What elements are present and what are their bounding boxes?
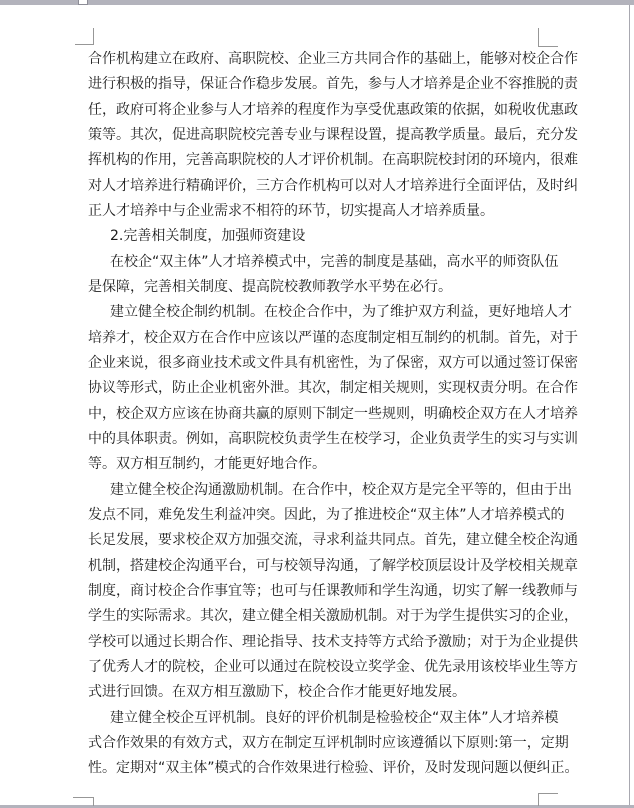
text-line: 学生的实际需求。其次，建立健全相关激励机制。对于为学生提供实习的企业， xyxy=(88,604,580,629)
text-line: 协议等形式，防止企业机密外泄。其次，制定相关规则，实现权责分明。在合作 xyxy=(88,376,580,401)
text-line: 任，政府可将企业参与人才培养的程度作为享受优惠政策的依据，如税收优惠政 xyxy=(88,98,580,123)
text-line: 正人才培养中与企业需求不相符的环节，切实提高人才培养质量。 xyxy=(88,199,580,224)
text-line: 企业来说，很多商业技术或文件具有机密性，为了保密，双方可以通过签订保密 xyxy=(88,351,580,376)
document-page: 合作机构建立在政府、高职院校、企业三方共同合作的基础上，能够对校企合作进行积极的… xyxy=(0,0,634,808)
crop-mark-top-right xyxy=(538,28,539,47)
text-line: 性。定期对“双主体”模式的合作效果进行检验、评价，及时发现问题以便纠正。 xyxy=(88,756,580,781)
text-line: 在校企“双主体”人才培养模式中，完善的制度是基础，高水平的师资队伍 xyxy=(88,250,580,275)
crop-mark-bottom-left xyxy=(73,797,94,798)
crop-mark-top-left xyxy=(75,44,94,45)
text-line: 长足发展，要求校企双方加强交流，寻求利益共同点。首先，建立健全校企沟通 xyxy=(88,528,580,553)
text-line: 学校可以通过长期合作、理论指导、技术支持等方式给予激励；对于为企业提供 xyxy=(88,630,580,655)
text-line: 策等。其次，促进高职院校完善专业与课程设置，提高教学质量。最后，充分发 xyxy=(88,123,580,148)
text-line: 制度，商讨校企合作事宜等；也可与任课教师和学生沟通，切实了解一线教师与 xyxy=(88,579,580,604)
text-line: 发点不同，难免发生利益冲突。因此，为了推进校企“双主体”人才培养模式的 xyxy=(88,503,580,528)
crop-mark-top-left xyxy=(93,28,94,45)
text-line: 合作机构建立在政府、高职院校、企业三方共同合作的基础上，能够对校企合作 xyxy=(88,47,580,72)
crop-mark-bottom-right xyxy=(538,793,539,806)
document-text[interactable]: 合作机构建立在政府、高职院校、企业三方共同合作的基础上，能够对校企合作进行积极的… xyxy=(88,47,580,782)
crop-mark-bottom-left xyxy=(93,797,94,806)
text-line: 建立健全校企制约机制。在校企合作中，为了维护双方利益，更好地培人才 xyxy=(88,300,580,325)
page-right-edge xyxy=(629,5,630,805)
text-line: 了优秀人才的院校，企业可以通过在院校设立奖学金、优先录用该校毕业生等方 xyxy=(88,655,580,680)
text-line: 2.完善相关制度，加强师资建设 xyxy=(88,224,580,249)
text-line: 对人才培养进行精确评价，三方合作机构可以对人才培养进行全面评估，及时纠 xyxy=(88,174,580,199)
text-line: 建立健全校企互评机制。良好的评价机制是检验校企“双主体”人才培养模 xyxy=(88,706,580,731)
crop-mark-bottom-right xyxy=(538,793,558,794)
text-line: 式合作效果的有效方式，双方在制定互评机制时应该遵循以下原则:第一，定期 xyxy=(88,731,580,756)
text-line: 挥机构的作用，完善高职院校的人才评价机制。在高职院校封闭的环境内，很难 xyxy=(88,148,580,173)
text-line: 中，校企双方应该在协商共赢的原则下制定一些规则，明确校企双方在人才培养 xyxy=(88,402,580,427)
text-line: 是保障，完善相关制度、提高院校教师教学水平势在必行。 xyxy=(88,275,580,300)
text-line: 建立健全校企沟通激励机制。在合作中，校企双方是完全平等的，但由于出 xyxy=(88,478,580,503)
text-line: 机制，搭建校企沟通平台，可与校领导沟通，了解学校顶层设计及学校相关规章 xyxy=(88,554,580,579)
page-top-edge xyxy=(0,0,634,5)
text-line: 式进行回馈。在双方相互激励下，校企合作才能更好地发展。 xyxy=(88,680,580,705)
text-line: 等。双方相互制约，才能更好地合作。 xyxy=(88,452,580,477)
text-line: 中的具体职责。例如，高职院校负责学生在校学习，企业负责学生的实习与实训 xyxy=(88,427,580,452)
text-line: 进行积极的指导，保证合作稳步发展。首先，参与人才培养是企业不容推脱的责 xyxy=(88,72,580,97)
margin-marker xyxy=(78,0,88,5)
text-line: 培养才，校企双方在合作中应该以严谨的态度制定相互制约的机制。首先，对于 xyxy=(88,326,580,351)
